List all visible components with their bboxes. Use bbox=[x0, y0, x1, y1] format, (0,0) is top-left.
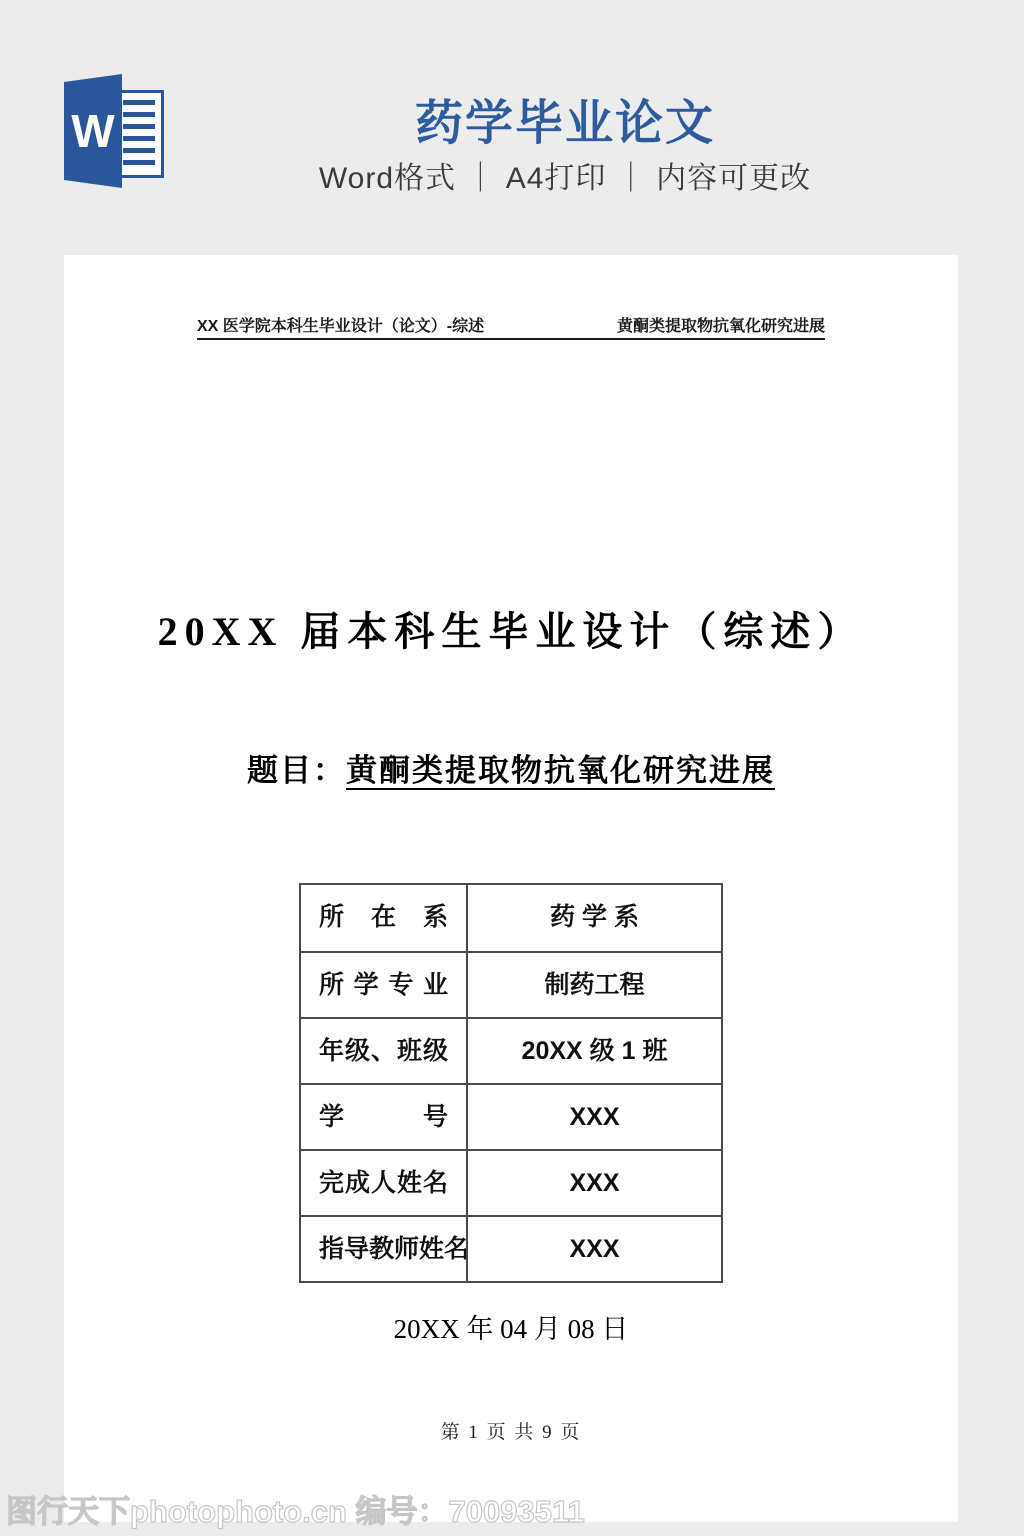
table-row: 年级、班级 20XX 级 1 班 bbox=[301, 1017, 721, 1083]
banner-title: 药学毕业论文 bbox=[170, 84, 960, 153]
document-main-title: 20XX 届本科生毕业设计（综述） bbox=[64, 600, 958, 657]
table-row: 学号 XXX bbox=[301, 1083, 721, 1149]
table-row: 所在系 药 学 系 bbox=[301, 885, 721, 951]
table-row-value: XXX bbox=[468, 1151, 721, 1215]
table-row-label: 完成人姓名 bbox=[301, 1151, 468, 1215]
table-row-value: XXX bbox=[468, 1217, 721, 1281]
document-header-right: 黄酮类提取物抗氧化研究进展 bbox=[617, 313, 825, 336]
table-row: 指导教师姓名 XXX bbox=[301, 1215, 721, 1281]
banner: W 药学毕业论文 Word格式 ｜ A4打印 ｜ 内容可更改 bbox=[0, 0, 1024, 255]
table-row-label: 指导教师姓名 bbox=[301, 1217, 468, 1281]
document-page: XX 医学院本科生毕业设计（论文）-综述 黄酮类提取物抗氧化研究进展 20XX … bbox=[64, 255, 958, 1522]
topic-value: 黄酮类提取物抗氧化研究进展 bbox=[346, 753, 775, 788]
table-row-value: 药 学 系 bbox=[468, 885, 721, 951]
table-row-label: 学号 bbox=[301, 1085, 468, 1149]
table-row-label: 年级、班级 bbox=[301, 1019, 468, 1083]
document-header-left: XX 医学院本科生毕业设计（论文）-综述 bbox=[197, 313, 484, 336]
table-row-label: 所学专业 bbox=[301, 953, 468, 1017]
site-watermark: 图行天下photophoto.cn 编号：70093511 bbox=[6, 1486, 585, 1531]
topic-label: 题目： bbox=[247, 753, 346, 788]
document-header: XX 医学院本科生毕业设计（论文）-综述 黄酮类提取物抗氧化研究进展 bbox=[197, 313, 825, 340]
document-topic-line: 题目：黄酮类提取物抗氧化研究进展 bbox=[64, 745, 958, 790]
table-row: 所学专业 制药工程 bbox=[301, 951, 721, 1017]
table-row-value: 制药工程 bbox=[468, 953, 721, 1017]
word-logo-letter: W bbox=[71, 108, 114, 154]
table-row-label: 所在系 bbox=[301, 885, 468, 951]
banner-subtitle: Word格式 ｜ A4打印 ｜ 内容可更改 bbox=[170, 153, 960, 197]
document-date: 20XX 年 04 月 08 日 bbox=[64, 1307, 958, 1346]
table-row-value: XXX bbox=[468, 1085, 721, 1149]
word-logo-text-lines bbox=[123, 100, 155, 168]
word-logo-flap: W bbox=[64, 74, 122, 188]
page-number-footer: 第 1 页 共 9 页 bbox=[64, 1417, 958, 1444]
table-row-value: 20XX 级 1 班 bbox=[468, 1019, 721, 1083]
word-logo-icon: W bbox=[64, 74, 164, 188]
info-table: 所在系 药 学 系 所学专业 制药工程 年级、班级 20XX 级 1 班 学号 … bbox=[299, 883, 723, 1283]
table-row: 完成人姓名 XXX bbox=[301, 1149, 721, 1215]
